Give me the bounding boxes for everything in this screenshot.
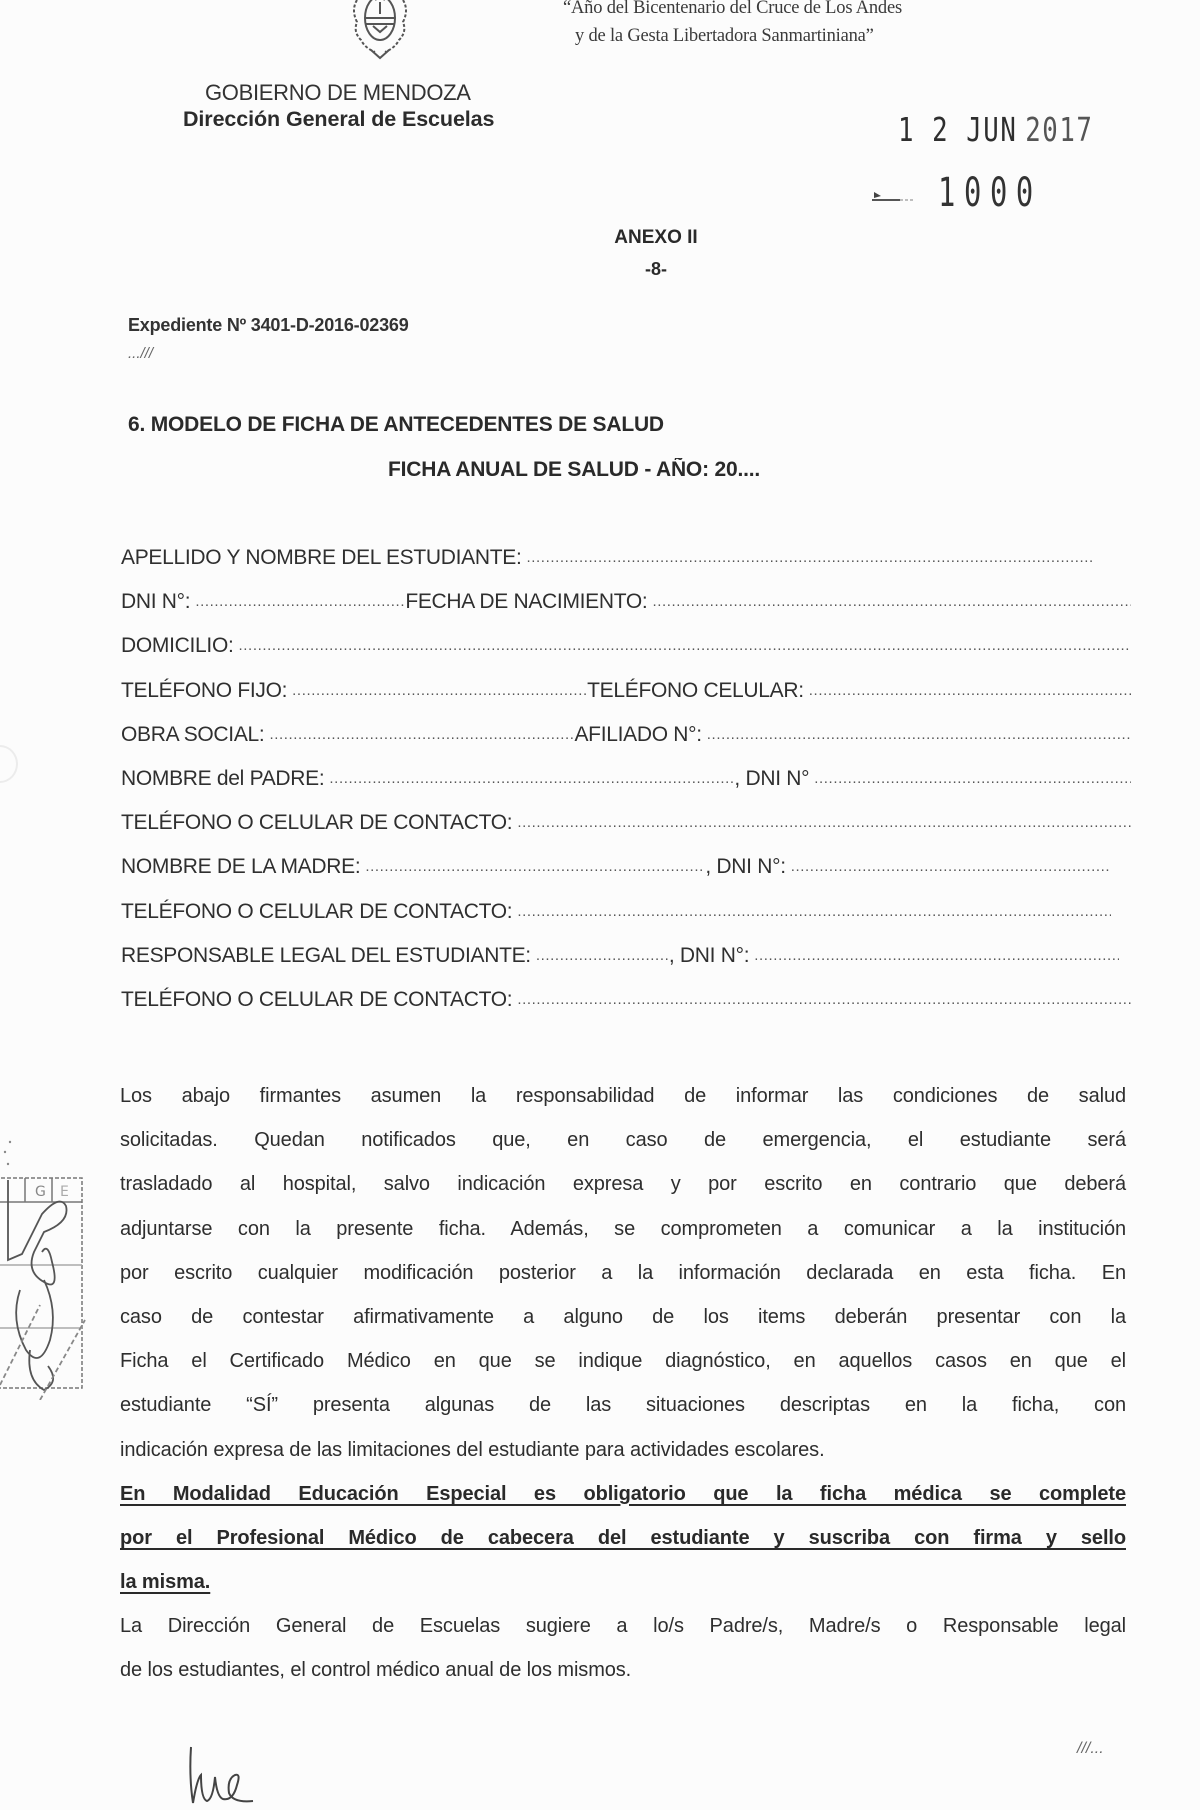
continuation-mark: ...///: [128, 345, 153, 362]
field-label: TELÉFONO FIJO:: [121, 679, 287, 723]
student-dni-input[interactable]: [190, 590, 405, 634]
guardian-dni-input[interactable]: [749, 944, 1119, 988]
handwritten-signature-icon: [185, 1745, 285, 1805]
paragraph-line: indicación expresa de las limitaciones d…: [120, 1428, 1126, 1472]
government-name: GOBIERNO DE MENDOZA: [205, 80, 471, 106]
field-label: TELÉFONO CELULAR:: [587, 679, 804, 723]
date-stamp-year: 2017: [1025, 110, 1093, 149]
field-dni-birthdate: DNI N°: FECHA DE NACIMIENTO:: [121, 590, 1131, 634]
guardian-name-input[interactable]: [531, 944, 669, 988]
motto-line-2: y de la Gesta Libertadora Sanmartiniana”: [563, 22, 902, 50]
health-insurance-input[interactable]: [264, 723, 574, 767]
cellphone-input[interactable]: [804, 679, 1131, 723]
field-label: , DNI N°:: [705, 855, 785, 899]
father-phone-input[interactable]: [512, 811, 1131, 855]
hole-punch-mark: [0, 745, 18, 783]
paragraph-line: por escrito cualquier modificación poste…: [120, 1251, 1126, 1295]
guardian-phone-input[interactable]: [512, 988, 1131, 1032]
field-label: AFILIADO N°:: [574, 723, 701, 767]
field-label: DOMICILIO:: [121, 634, 234, 678]
field-label: OBRA SOCIAL:: [121, 723, 264, 767]
continues-mark: ///...: [1077, 1740, 1104, 1758]
stamp-arrow-icon: [872, 190, 914, 202]
field-label: , DNI N°:: [669, 944, 749, 988]
field-legal-guardian: RESPONSABLE LEGAL DEL ESTUDIANTE: , DNI …: [121, 944, 1119, 988]
annex-title: ANEXO II: [0, 227, 1200, 249]
field-guardian-contact: TELÉFONO O CELULAR DE CONTACTO:: [121, 988, 1131, 1032]
special-education-notice-line: En Modalidad Educación Especial es oblig…: [120, 1472, 1126, 1516]
coat-of-arms-icon: [345, 0, 415, 60]
date-stamp-day-month: 1 2 JUN: [898, 110, 1017, 149]
student-name-input[interactable]: [522, 546, 1094, 590]
section-title: 6. MODELO DE FICHA DE ANTECEDENTES DE SA…: [128, 413, 664, 437]
health-form: APELLIDO Y NOMBRE DEL ESTUDIANTE: DNI N°…: [121, 546, 1131, 1032]
mother-name-input[interactable]: [360, 855, 705, 899]
paragraph-line: estudiante “SÍ” presenta algunas de las …: [120, 1383, 1126, 1427]
paragraph-line: solicitadas. Quedan notificados que, en …: [120, 1118, 1126, 1162]
resolution-number-stamp: 1000: [938, 170, 1042, 216]
date-stamp: 1 2 JUN2017: [898, 110, 1093, 149]
field-phones: TELÉFONO FIJO: TELÉFONO CELULAR:: [121, 679, 1131, 723]
paragraph-line: caso de contestar afirmativamente a algu…: [120, 1295, 1126, 1339]
responsibility-paragraph: Los abajo firmantes asumen la responsabi…: [120, 1074, 1126, 1693]
field-insurance: OBRA SOCIAL: AFILIADO N°:: [121, 723, 1131, 767]
field-mother-contact: TELÉFONO O CELULAR DE CONTACTO:: [121, 900, 1111, 944]
field-label: , DNI N°: [734, 767, 809, 811]
paragraph-line: Los abajo firmantes asumen la responsabi…: [120, 1074, 1126, 1118]
birthdate-input[interactable]: [647, 590, 1131, 634]
field-label: RESPONSABLE LEGAL DEL ESTUDIANTE:: [121, 944, 531, 988]
paragraph-line: adjuntarse con la presente ficha. Además…: [120, 1207, 1126, 1251]
field-label: NOMBRE del PADRE:: [121, 767, 324, 811]
field-label: TELÉFONO O CELULAR DE CONTACTO:: [121, 900, 512, 944]
field-label: DNI N°:: [121, 590, 190, 634]
paragraph-line: Ficha el Certificado Médico en que se in…: [120, 1339, 1126, 1383]
svg-text:G: G: [35, 1184, 46, 1200]
field-father: NOMBRE del PADRE: , DNI N°: [121, 767, 1131, 811]
expediente-number: Expediente Nº 3401-D-2016-02369: [128, 315, 409, 336]
landline-input[interactable]: [287, 679, 587, 723]
field-student-name: APELLIDO Y NOMBRE DEL ESTUDIANTE:: [121, 546, 1093, 590]
field-label: APELLIDO Y NOMBRE DEL ESTUDIANTE:: [121, 546, 522, 590]
recommendation-line: La Dirección General de Escuelas sugiere…: [120, 1604, 1126, 1648]
field-label: FECHA DE NACIMIENTO:: [405, 590, 647, 634]
special-education-notice-line: la misma.: [120, 1560, 1126, 1604]
field-mother: NOMBRE DE LA MADRE: , DNI N°:: [121, 855, 1111, 899]
address-input[interactable]: [234, 634, 1131, 678]
year-motto: “Año del Bicentenario del Cruce de Los A…: [563, 0, 902, 50]
father-dni-input[interactable]: [809, 767, 1131, 811]
mother-dni-input[interactable]: [786, 855, 1111, 899]
special-education-notice-line: por el Profesional Médico de cabecera de…: [120, 1516, 1126, 1560]
page-number: -8-: [0, 259, 1200, 280]
field-label: NOMBRE DE LA MADRE:: [121, 855, 360, 899]
field-label: TELÉFONO O CELULAR DE CONTACTO:: [121, 988, 512, 1032]
recommendation-line: de los estudiantes, el control médico an…: [120, 1648, 1126, 1692]
field-label: TELÉFONO O CELULAR DE CONTACTO:: [121, 811, 512, 855]
member-number-input[interactable]: [702, 723, 1131, 767]
svg-text:E: E: [60, 1184, 69, 1200]
mother-phone-input[interactable]: [512, 900, 1111, 944]
paragraph-line: trasladado al hospital, salvo indicación…: [120, 1162, 1126, 1206]
motto-line-1: “Año del Bicentenario del Cruce de Los A…: [563, 0, 902, 22]
margin-initials-stamp-icon: G E: [0, 1100, 90, 1400]
field-father-contact: TELÉFONO O CELULAR DE CONTACTO:: [121, 811, 1131, 855]
field-address: DOMICILIO:: [121, 634, 1131, 678]
father-name-input[interactable]: [324, 767, 734, 811]
department-name: Dirección General de Escuelas: [183, 107, 494, 132]
form-title: FICHA ANUAL DE SALUD - AÑO: 20....: [388, 458, 760, 482]
